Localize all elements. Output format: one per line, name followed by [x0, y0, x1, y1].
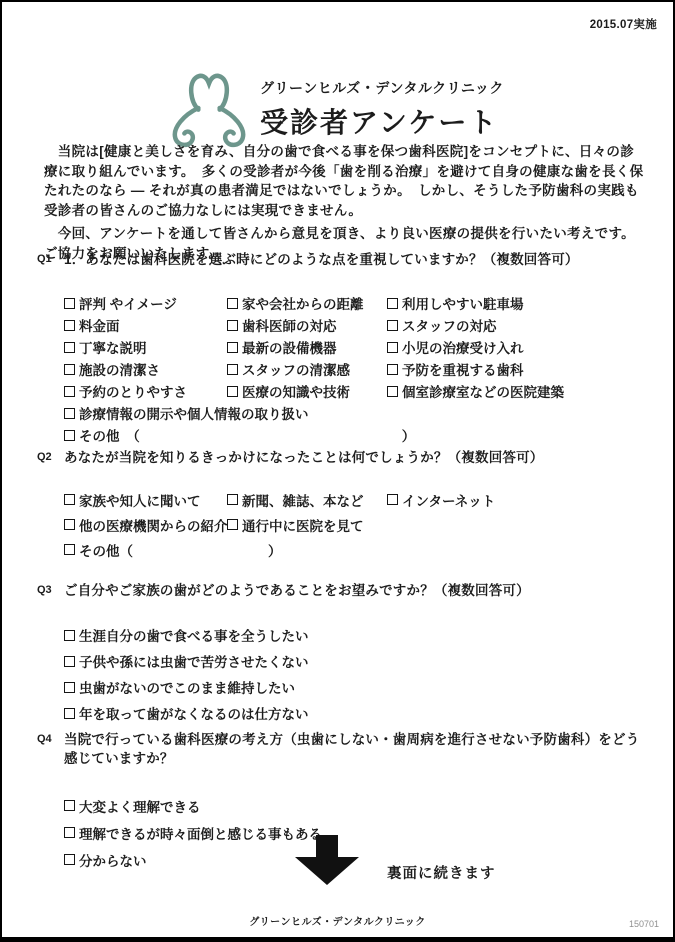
checkbox-icon[interactable] — [64, 494, 75, 505]
clinic-name: グリーンヒルズ・デンタルクリニック — [260, 78, 504, 98]
checkbox-option[interactable]: 虫歯がないのでこのまま維持したい — [64, 674, 649, 700]
checkbox-option[interactable]: 評判 やイメージ — [64, 292, 227, 314]
option-label: インターネット — [402, 490, 495, 510]
clinic-logo-icon — [168, 66, 250, 150]
question-q1-options: 評判 やイメージ 家や会社からの距離 利用しやすい駐車場 料金面 歯科医師の対応… — [64, 292, 649, 446]
option-label: 診療情報の開示や個人情報の取り扱い — [79, 403, 309, 423]
checkbox-option[interactable]: 料金面 — [64, 314, 227, 336]
question-q4-text: 当院で行っている歯科医療の考え方（虫歯にしない・歯周病を進行させない予防歯科）を… — [64, 730, 644, 768]
option-label: 虫歯がないのでこのまま維持したい — [79, 677, 295, 697]
checkbox-icon[interactable] — [64, 342, 75, 353]
option-label: スタッフの清潔感 — [242, 359, 350, 379]
page-title: 受診者アンケート — [260, 101, 504, 141]
checkbox-icon[interactable] — [64, 408, 75, 419]
page-footer: グリーンヒルズ・デンタルクリニック 150701 — [2, 912, 673, 930]
checkbox-icon[interactable] — [64, 320, 75, 331]
question-q4-number: Q4 — [37, 730, 64, 873]
intro-paragraph-1: 当院は[健康と美しさを育み、自分の歯で食べる事を保つ歯科医院]をコンセプトに、日… — [44, 142, 645, 220]
question-q3-number: Q3 — [37, 581, 64, 726]
checkbox-icon[interactable] — [227, 519, 238, 530]
question-q3-options: 生涯自分の歯で食べる事を全うしたい 子供や孫には虫歯で苦労させたくない 虫歯がな… — [64, 622, 649, 726]
checkbox-icon[interactable] — [64, 827, 75, 838]
continue-indicator: 裏面に続きます — [295, 835, 496, 885]
option-label: 予防を重視する歯科 — [402, 359, 524, 379]
checkbox-option[interactable]: 施設の清潔さ — [64, 358, 227, 380]
option-label: 家族や知人に聞いて — [79, 490, 201, 510]
checkbox-icon[interactable] — [64, 386, 75, 397]
checkbox-option[interactable]: 子供や孫には虫歯で苦労させたくない — [64, 648, 649, 674]
checkbox-option[interactable]: 予約のとりやすさ — [64, 380, 227, 402]
checkbox-option[interactable]: インターネット — [387, 487, 649, 512]
option-label: ） — [402, 425, 416, 445]
question-q3: Q3 ご自分やご家族の歯がどのようであることをお望みですか？（複数回答可） 生涯… — [37, 581, 649, 726]
option-label: その他 （ — [79, 425, 140, 445]
option-label: 他の医療機関からの紹介 — [79, 515, 228, 535]
checkbox-option[interactable]: 年を取って歯がなくなるのは仕方ない — [64, 700, 649, 726]
option-label: 通行中に医院を見て — [242, 515, 364, 535]
footer-document-code: 150701 — [629, 919, 659, 929]
checkbox-icon[interactable] — [227, 320, 238, 331]
checkbox-option[interactable]: 大変よく理解できる — [64, 792, 649, 819]
checkbox-option-other[interactable]: その他（） — [64, 537, 649, 562]
option-label: 最新の設備機器 — [242, 337, 337, 357]
checkbox-option[interactable]: 生涯自分の歯で食べる事を全うしたい — [64, 622, 649, 648]
option-label: 歯科医師の対応 — [242, 315, 337, 335]
question-q3-body: ご自分やご家族の歯がどのようであることをお望みですか？（複数回答可） 生涯自分の… — [64, 581, 649, 726]
question-q3-text: ご自分やご家族の歯がどのようであることをお望みですか？（複数回答可） — [64, 581, 644, 600]
checkbox-option[interactable]: スタッフの対応 — [387, 314, 649, 336]
checkbox-icon[interactable] — [64, 544, 75, 555]
question-q2-body: あなたが当院を知りるきっかけになったことは何でしょうか？（複数回答可） 家族や知… — [64, 448, 649, 562]
checkbox-option[interactable]: 他の医療機関からの紹介 — [64, 512, 227, 537]
checkbox-icon[interactable] — [64, 656, 75, 667]
option-label: 料金面 — [79, 315, 120, 335]
checkbox-option[interactable]: 小児の治療受け入れ — [387, 336, 649, 358]
checkbox-option[interactable]: 診療情報の開示や個人情報の取り扱い — [64, 402, 649, 424]
checkbox-option[interactable]: 最新の設備機器 — [227, 336, 387, 358]
checkbox-icon[interactable] — [227, 364, 238, 375]
checkbox-icon[interactable] — [64, 708, 75, 719]
option-label: 利用しやすい駐車場 — [402, 293, 524, 313]
option-label: 理解できるが時々面倒と感じる事もある — [79, 823, 322, 843]
question-q2-options: 家族や知人に聞いて 新聞、雑誌、本など インターネット 他の医療機関からの紹介 … — [64, 487, 649, 562]
checkbox-option[interactable]: 予防を重視する歯科 — [387, 358, 649, 380]
checkbox-option[interactable]: 利用しやすい駐車場 — [387, 292, 649, 314]
option-label: 評判 やイメージ — [79, 293, 177, 313]
footer-clinic-name: グリーンヒルズ・デンタルクリニック — [249, 917, 426, 928]
option-label: 新聞、雑誌、本など — [242, 490, 364, 510]
checkbox-option-other[interactable]: その他 （） — [64, 424, 649, 446]
checkbox-icon[interactable] — [64, 800, 75, 811]
question-q1-body: 1．あなたは歯科医院を選ぶ時にどのような点を重視していますか？（複数回答可） 評… — [64, 250, 649, 446]
option-label: 施設の清潔さ — [79, 359, 160, 379]
checkbox-icon[interactable] — [64, 364, 75, 375]
checkbox-icon[interactable] — [227, 298, 238, 309]
checkbox-icon[interactable] — [227, 342, 238, 353]
questionnaire-page: 2015.07実施 グリーンヒルズ・デンタルクリニック 受診者アンケート 当院は… — [0, 0, 675, 942]
checkbox-icon[interactable] — [64, 630, 75, 641]
checkbox-icon[interactable] — [387, 494, 398, 505]
checkbox-option[interactable]: 医療の知識や技術 — [227, 380, 387, 402]
question-q2-text: あなたが当院を知りるきっかけになったことは何でしょうか？（複数回答可） — [64, 448, 644, 467]
option-label: 個室診療室などの医院建築 — [402, 381, 564, 401]
option-label: 生涯自分の歯で食べる事を全うしたい — [79, 625, 309, 645]
option-label: 大変よく理解できる — [79, 796, 201, 816]
checkbox-icon[interactable] — [64, 430, 75, 441]
header: グリーンヒルズ・デンタルクリニック 受診者アンケート — [168, 66, 504, 150]
checkbox-icon[interactable] — [387, 320, 398, 331]
checkbox-icon[interactable] — [64, 854, 75, 865]
question-q2: Q2 あなたが当院を知りるきっかけになったことは何でしょうか？（複数回答可） 家… — [37, 448, 649, 562]
option-label: 小児の治療受け入れ — [402, 337, 524, 357]
header-text: グリーンヒルズ・デンタルクリニック 受診者アンケート — [260, 66, 504, 141]
checkbox-icon[interactable] — [387, 386, 398, 397]
option-label: 分からない — [79, 850, 147, 870]
question-q1-number: Q1 — [37, 250, 64, 446]
checkbox-option[interactable]: 新聞、雑誌、本など — [227, 487, 387, 512]
checkbox-option[interactable]: 家族や知人に聞いて — [64, 487, 227, 512]
checkbox-icon[interactable] — [227, 494, 238, 505]
question-q1: Q1 1．あなたは歯科医院を選ぶ時にどのような点を重視していますか？（複数回答可… — [37, 250, 649, 446]
survey-date: 2015.07実施 — [590, 16, 657, 32]
question-q1-text: 1．あなたは歯科医院を選ぶ時にどのような点を重視していますか？（複数回答可） — [64, 250, 644, 269]
option-label: その他（ — [79, 540, 133, 560]
checkbox-icon[interactable] — [227, 386, 238, 397]
checkbox-icon[interactable] — [64, 682, 75, 693]
option-label: ） — [268, 540, 282, 560]
checkbox-option[interactable]: 丁寧な説明 — [64, 336, 227, 358]
checkbox-option[interactable]: 通行中に医院を見て — [227, 512, 387, 537]
question-q2-number: Q2 — [37, 448, 64, 562]
option-label: 医療の知識や技術 — [242, 381, 350, 401]
checkbox-icon[interactable] — [64, 519, 75, 530]
checkbox-icon[interactable] — [387, 364, 398, 375]
option-label: 予約のとりやすさ — [79, 381, 187, 401]
checkbox-option[interactable]: 個室診療室などの医院建築 — [387, 380, 649, 402]
option-label: スタッフの対応 — [402, 315, 497, 335]
checkbox-option[interactable]: 歯科医師の対応 — [227, 314, 387, 336]
checkbox-option[interactable]: スタッフの清潔感 — [227, 358, 387, 380]
option-label: 丁寧な説明 — [79, 337, 147, 357]
option-label: 年を取って歯がなくなるのは仕方ない — [79, 703, 309, 723]
option-label: 子供や孫には虫歯で苦労させたくない — [79, 651, 309, 671]
checkbox-icon[interactable] — [387, 298, 398, 309]
checkbox-icon[interactable] — [64, 298, 75, 309]
checkbox-option[interactable]: 家や会社からの距離 — [227, 292, 387, 314]
checkbox-icon[interactable] — [387, 342, 398, 353]
down-arrow-icon — [295, 835, 359, 885]
continue-note: 裏面に続きます — [387, 862, 496, 885]
option-label: 家や会社からの距離 — [242, 293, 364, 313]
